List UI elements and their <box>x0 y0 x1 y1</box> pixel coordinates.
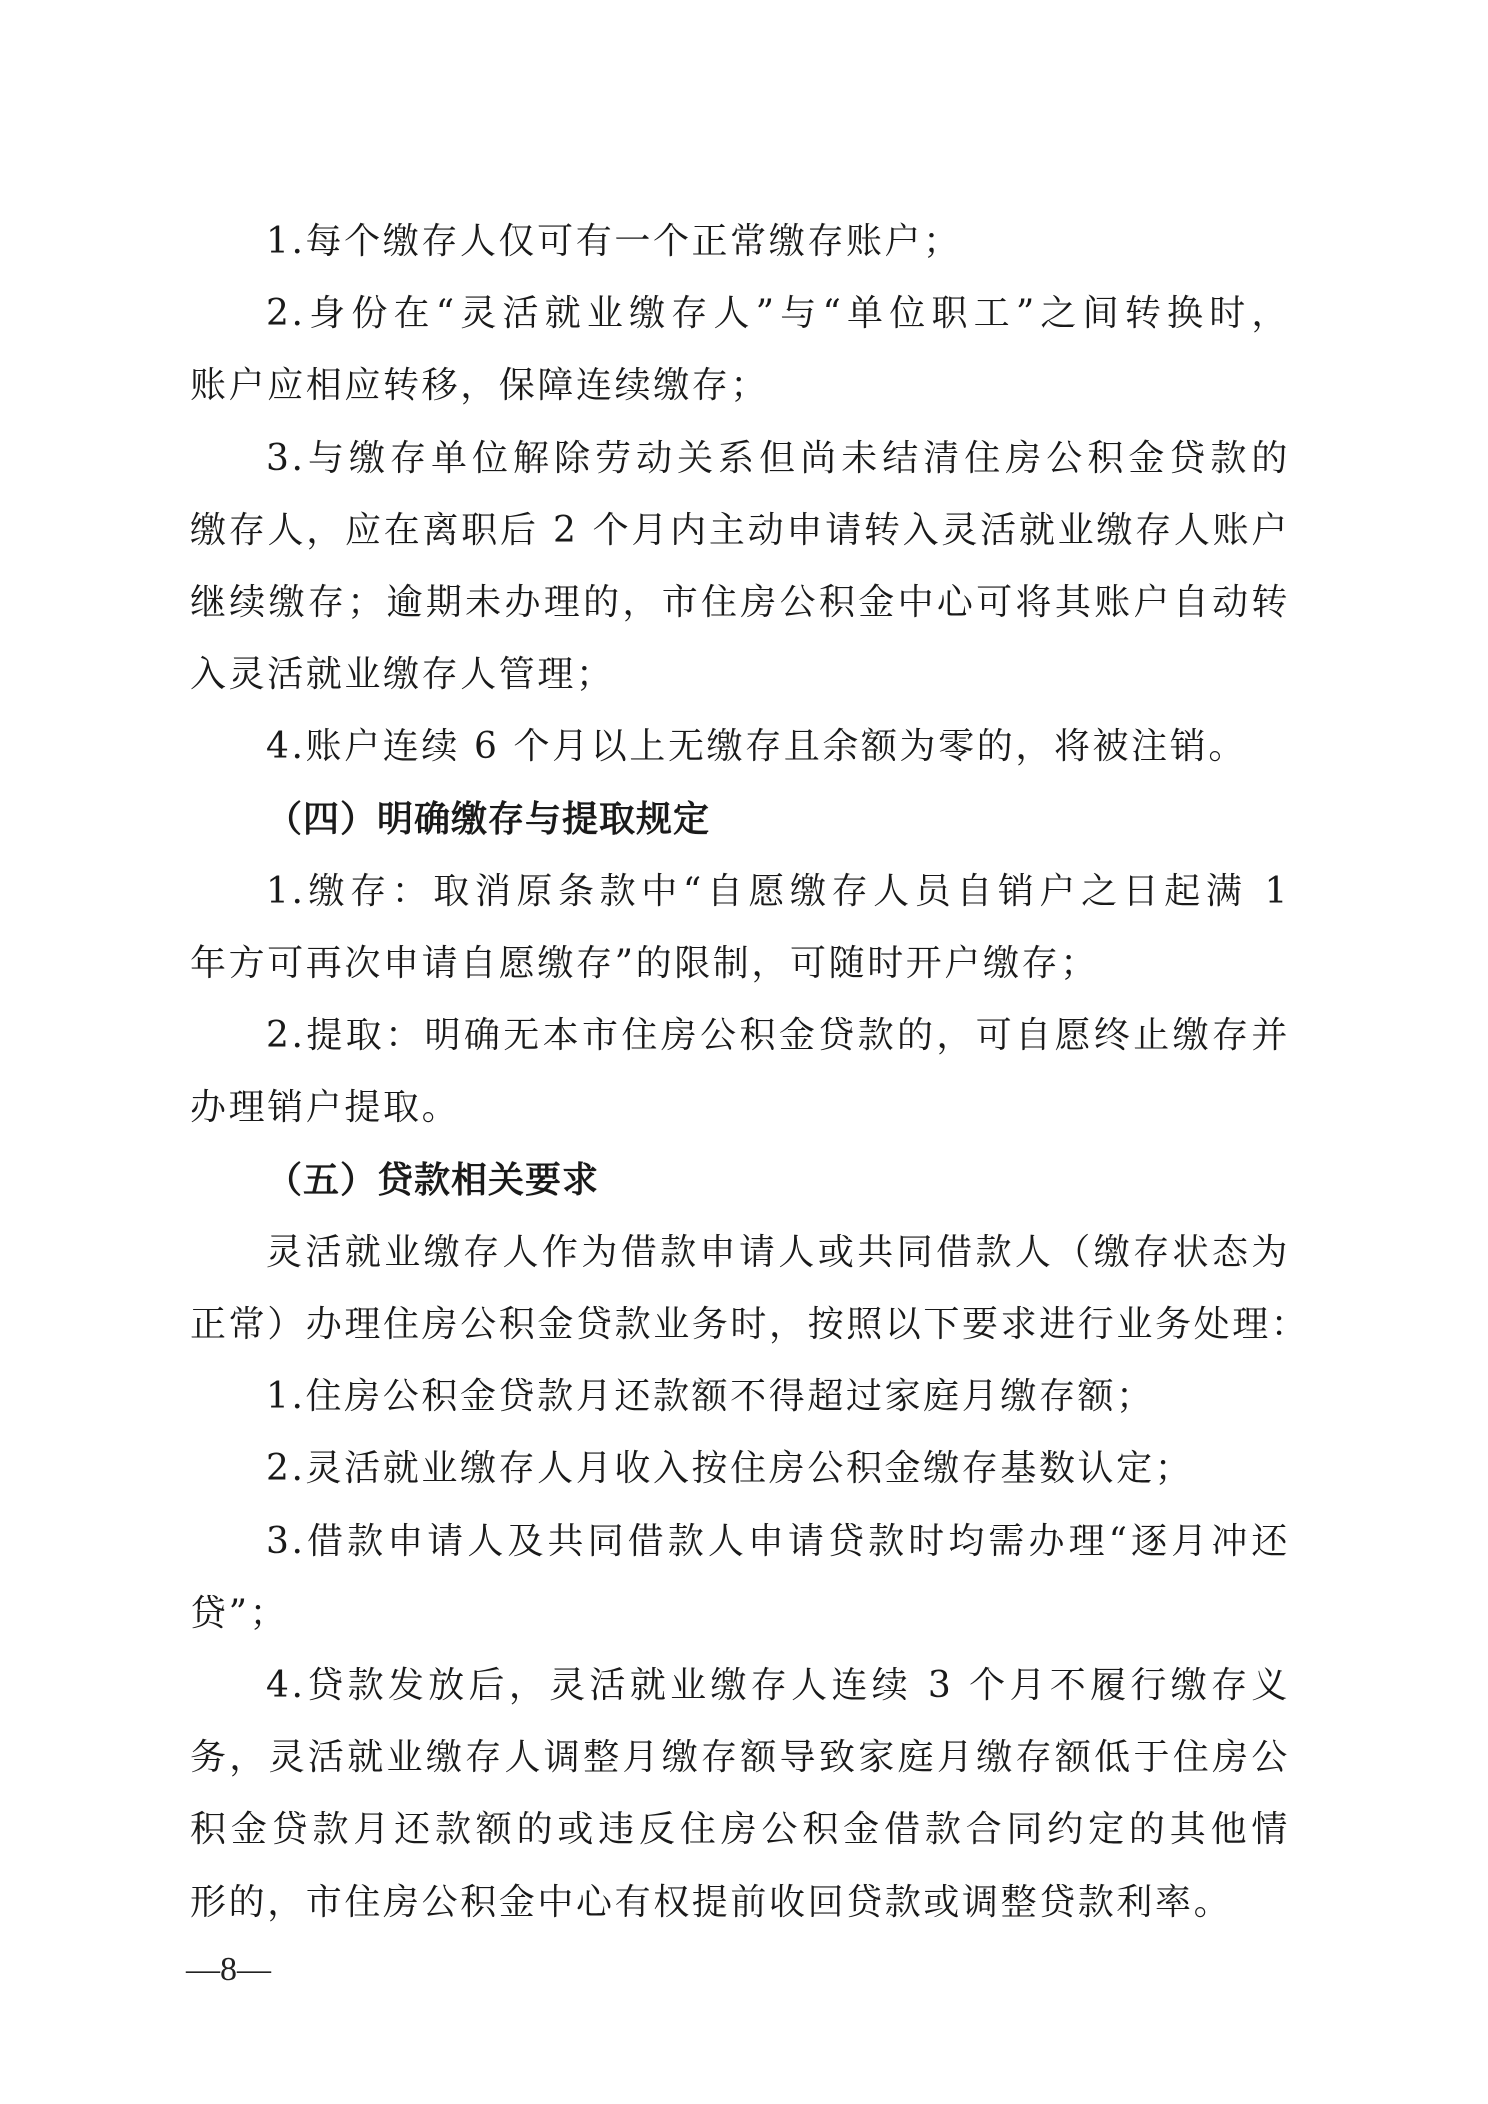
section-heading: （四）明确缴存与提取规定 <box>266 790 710 850</box>
paragraph-line: 入灵活就业缴存人管理； <box>190 645 615 705</box>
paragraph-line: 灵活就业缴存人作为借款申请人或共同借款人（缴存状态为 <box>266 1223 1290 1283</box>
paragraph-line: 2.提取：明确无本市住房公积金贷款的，可自愿终止缴存并 <box>266 1006 1290 1066</box>
document-page: 1.每个缴存人仅可有一个正常缴存账户； 2.身份在“灵活就业缴存人”与“单位职工… <box>0 0 1488 2104</box>
paragraph-line: 2.身份在“灵活就业缴存人”与“单位职工”之间转换时， <box>266 284 1290 344</box>
paragraph-line: 账户应相应转移，保障连续缴存； <box>190 356 769 416</box>
paragraph-line: 4.账户连续 6 个月以上无缴存且余额为零的，将被注销。 <box>266 717 1247 777</box>
paragraph-line: 1.住房公积金贷款月还款额不得超过家庭月缴存额； <box>266 1367 1155 1427</box>
paragraph-line: 务，灵活就业缴存人调整月缴存额导致家庭月缴存额低于住房公 <box>190 1728 1290 1788</box>
paragraph-line: 形的，市住房公积金中心有权提前收回贷款或调整贷款利率。 <box>190 1873 1232 1933</box>
paragraph-line: 4.贷款发放后，灵活就业缴存人连续 3 个月不履行缴存义 <box>266 1656 1290 1716</box>
section-heading: （五）贷款相关要求 <box>266 1151 599 1211</box>
paragraph-line: 年方可再次申请自愿缴存”的限制，可随时开户缴存； <box>190 934 1099 994</box>
paragraph-line: 1.每个缴存人仅可有一个正常缴存账户； <box>266 212 962 272</box>
paragraph-line: 2.灵活就业缴存人月收入按住房公积金缴存基数认定； <box>266 1439 1193 1499</box>
paragraph-line: 办理销户提取。 <box>190 1078 460 1138</box>
paragraph-line: 3.借款申请人及共同借款人申请贷款时均需办理“逐月冲还 <box>266 1512 1290 1572</box>
paragraph-line: 正常）办理住房公积金贷款业务时，按照以下要求进行业务处理： <box>190 1295 1290 1355</box>
paragraph-line: 积金贷款月还款额的或违反住房公积金借款合同约定的其他情 <box>190 1800 1290 1860</box>
paragraph-line: 缴存人，应在离职后 2 个月内主动申请转入灵活就业缴存人账户 <box>190 501 1290 561</box>
paragraph-line: 继续缴存；逾期未办理的，市住房公积金中心可将其账户自动转 <box>190 573 1290 633</box>
page-number: —8— <box>186 1950 271 1990</box>
paragraph-line: 贷”； <box>190 1584 288 1644</box>
paragraph-line: 1.缴存：取消原条款中“自愿缴存人员自销户之日起满 1 <box>266 862 1290 922</box>
paragraph-line: 3.与缴存单位解除劳动关系但尚未结清住房公积金贷款的 <box>266 429 1290 489</box>
